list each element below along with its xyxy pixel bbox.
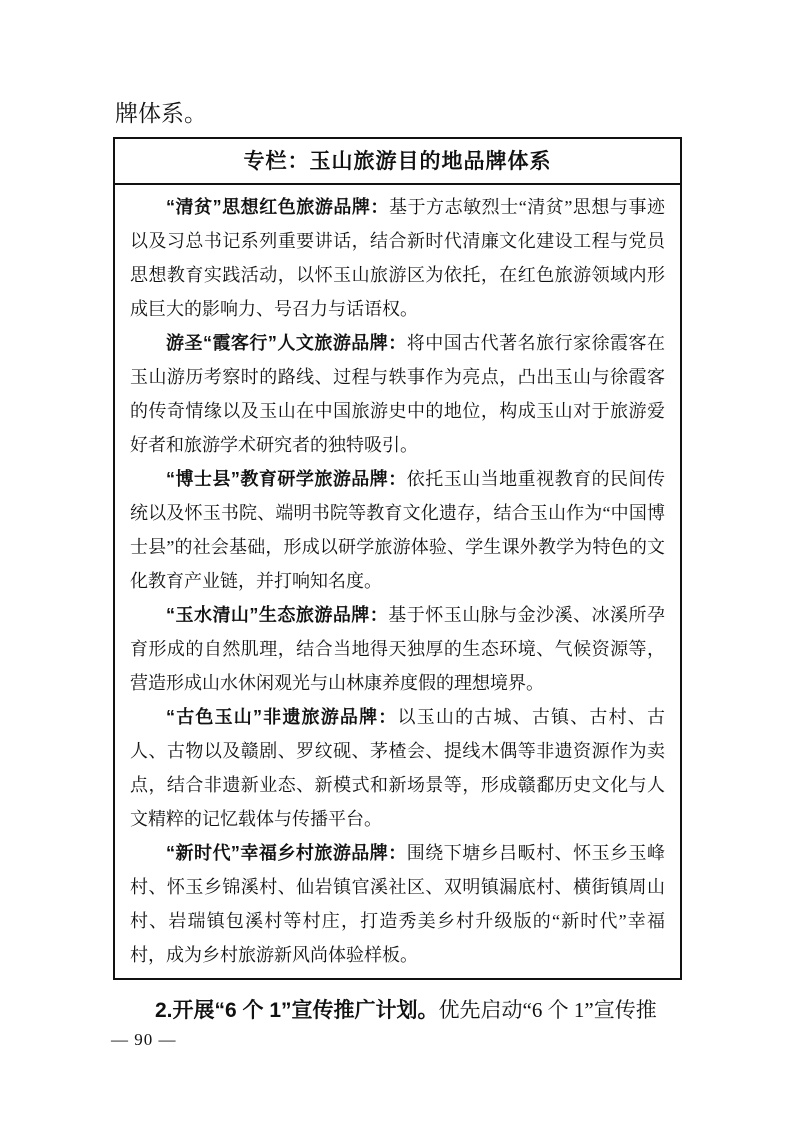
- column-box-body: “清贫”思想红色旅游品牌：基于方志敏烈士“清贫”思想与事迹以及习总书记系列重要讲…: [115, 185, 680, 972]
- brand-paragraph-3: “博士县”教育研学旅游品牌：依托玉山当地重视教育的民间传统以及怀玉书院、端明书院…: [130, 462, 665, 598]
- closing-lead: 2.开展“6 个 1”宣传推广计划。: [155, 999, 439, 1022]
- top-paragraph-continuation: 牌体系。: [115, 100, 207, 128]
- document-page: 牌体系。 专栏：玉山旅游目的地品牌体系 “清贫”思想红色旅游品牌：基于方志敏烈士…: [0, 0, 793, 1122]
- column-box-title: 专栏：玉山旅游目的地品牌体系: [115, 139, 680, 185]
- brand-name-3: “博士县”教育研学旅游品牌：: [166, 469, 407, 489]
- closing-body: 优先启动“6 个 1”宣传推: [439, 998, 657, 1022]
- brand-name-4: “玉水清山”生态旅游品牌：: [166, 605, 388, 625]
- closing-paragraph: 2.开展“6 个 1”宣传推广计划。优先启动“6 个 1”宣传推: [113, 994, 713, 1024]
- brand-paragraph-4: “玉水清山”生态旅游品牌：基于怀玉山脉与金沙溪、冰溪所孕育形成的自然肌理，结合当…: [130, 598, 665, 700]
- brand-paragraph-5: “古色玉山”非遗旅游品牌：以玉山的古城、古镇、古村、古人、古物以及赣剧、罗纹砚、…: [130, 700, 665, 836]
- brand-paragraph-6: “新时代”幸福乡村旅游品牌：围绕下塘乡吕畈村、怀玉乡玉峰村、怀玉乡锦溪村、仙岩镇…: [130, 836, 665, 972]
- brand-paragraph-2: 游圣“霞客行”人文旅游品牌：将中国古代著名旅行家徐霞客在玉山游历考察时的路线、过…: [130, 326, 665, 462]
- brand-name-6: “新时代”幸福乡村旅游品牌：: [166, 843, 407, 863]
- column-box: 专栏：玉山旅游目的地品牌体系 “清贫”思想红色旅游品牌：基于方志敏烈士“清贫”思…: [113, 137, 682, 980]
- brand-name-2: 游圣“霞客行”人文旅游品牌：: [166, 333, 407, 353]
- brand-paragraph-1: “清贫”思想红色旅游品牌：基于方志敏烈士“清贫”思想与事迹以及习总书记系列重要讲…: [130, 190, 665, 326]
- brand-name-1: “清贫”思想红色旅游品牌：: [166, 197, 389, 217]
- page-number: — 90 —: [111, 1030, 177, 1050]
- brand-name-5: “古色玉山”非遗旅游品牌：: [166, 707, 398, 727]
